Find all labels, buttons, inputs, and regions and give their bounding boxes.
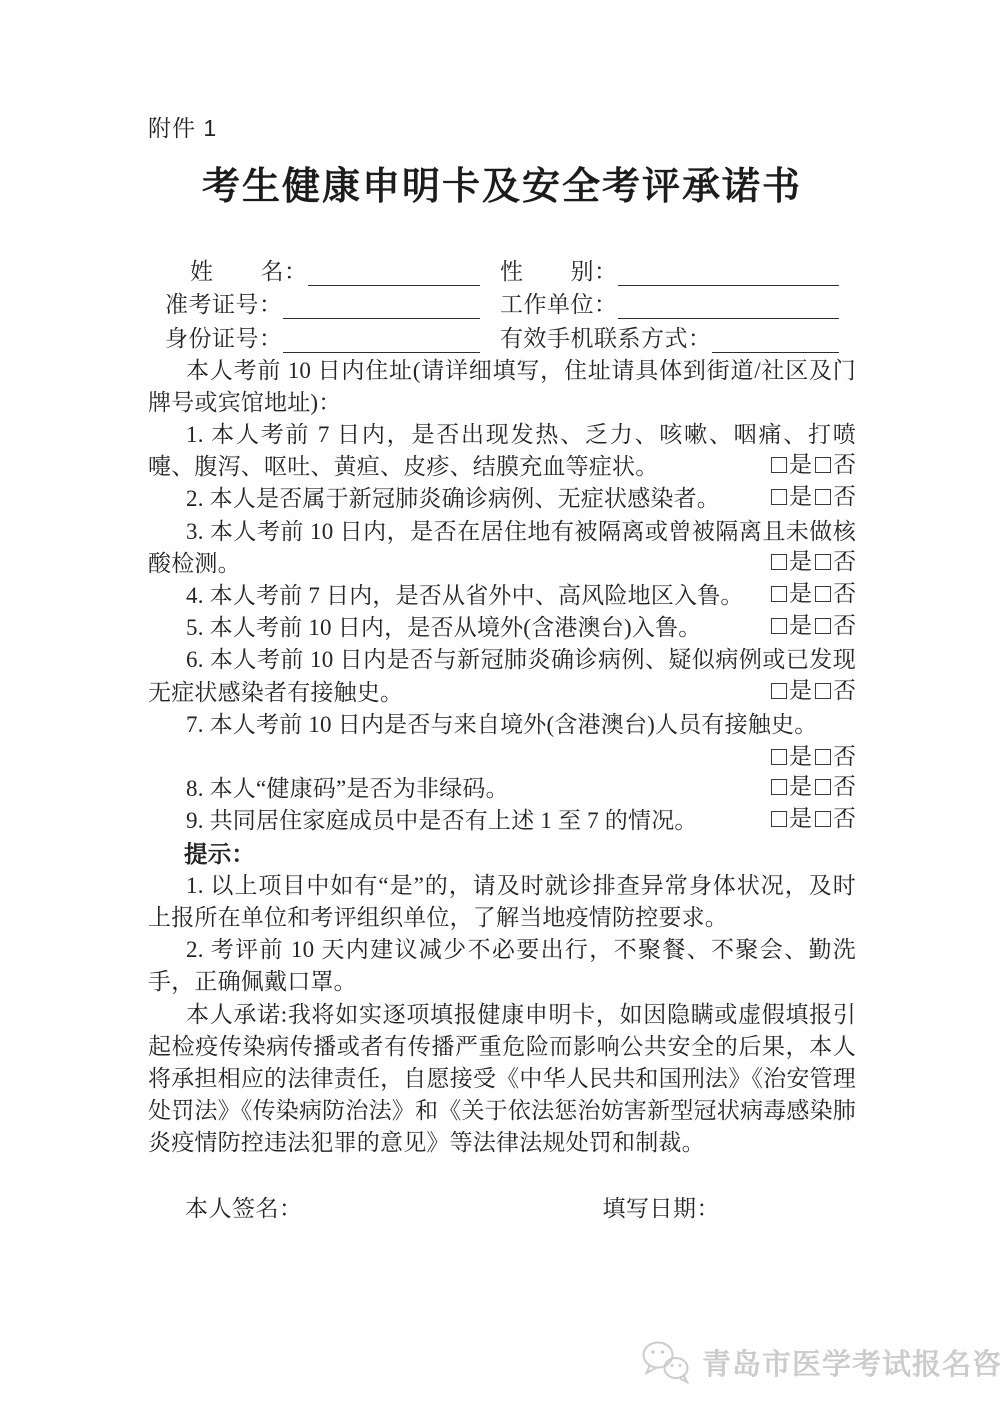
q2-checkbox-no[interactable]	[815, 489, 831, 505]
question-text: 6. 本人考前 10 日内是否与新冠肺炎确诊病例、疑似病例或已发现无症状感染者有…	[148, 647, 856, 704]
question-4-choice: 是否	[771, 578, 856, 610]
id-number-field[interactable]	[283, 327, 481, 353]
question-7: 7. 本人考前 10 日内是否与来自境外(含港澳台)人员有接触史。 是否	[148, 709, 856, 773]
signature-row: 本人签名： 填写日期：	[148, 1190, 856, 1223]
question-8-choice: 是否	[771, 771, 856, 803]
wechat-icon	[638, 1338, 694, 1386]
q2-checkbox-yes[interactable]	[771, 489, 787, 505]
question-text: 1. 本人考前 7 日内，是否出现发热、乏力、咳嗽、咽痛、打喷嚏、腹泻、呕吐、黄…	[148, 422, 856, 479]
address-note: 本人考前 10 日内住址(请详细填写，住址请具体到街道/社区及门牌号或宾馆地址)…	[148, 355, 856, 419]
q9-checkbox-yes[interactable]	[771, 811, 787, 827]
yes-label: 是	[789, 549, 812, 574]
question-2: 2. 本人是否属于新冠肺炎确诊病例、无症状感染者。 是否	[148, 483, 856, 515]
attachment-label: 附件 1	[148, 110, 856, 143]
question-4: 4. 本人考前 7 日内，是否从省外中、高风险地区入鲁。 是否	[148, 580, 856, 612]
question-text: 3. 本人考前 10 日内，是否在居住地有被隔离或曾被隔离且未做核酸检测。	[148, 519, 856, 576]
identity-form: 姓 名： 性 别： 准考证号： 工作单位： 身份证号：	[148, 252, 856, 353]
q6-checkbox-no[interactable]	[815, 683, 831, 699]
q6-checkbox-yes[interactable]	[771, 683, 787, 699]
no-label: 否	[833, 484, 856, 509]
question-text: 8. 本人“健康码”是否为非绿码。	[186, 776, 509, 801]
yes-label: 是	[789, 744, 812, 769]
question-text: 7. 本人考前 10 日内是否与来自境外(含港澳台)人员有接触史。	[186, 712, 817, 737]
q5-checkbox-yes[interactable]	[771, 618, 787, 634]
question-1: 1. 本人考前 7 日内，是否出现发热、乏力、咳嗽、咽痛、打喷嚏、腹泻、呕吐、黄…	[148, 419, 856, 483]
q1-checkbox-no[interactable]	[815, 457, 831, 473]
question-3: 3. 本人考前 10 日内，是否在居住地有被隔离或曾被隔离且未做核酸检测。 是否	[148, 516, 856, 580]
tip-item-2: 2. 考评前 10 天内建议减少不必要出行，不聚餐、不聚会、勤洗手，正确佩戴口罩…	[148, 934, 856, 998]
question-text: 2. 本人是否属于新冠肺炎确诊病例、无症状感染者。	[186, 486, 720, 511]
declaration-body: 本人考前 10 日内住址(请详细填写，住址请具体到街道/社区及门牌号或宾馆地址)…	[148, 355, 856, 1223]
q7-checkbox-yes[interactable]	[771, 749, 787, 765]
question-2-choice: 是否	[771, 481, 856, 513]
question-6-choice: 是否	[771, 675, 856, 707]
q8-checkbox-no[interactable]	[815, 779, 831, 795]
question-9-choice: 是否	[771, 803, 856, 835]
no-label: 否	[833, 613, 856, 638]
q3-checkbox-yes[interactable]	[771, 554, 787, 570]
question-7-choice: 是否	[148, 741, 856, 773]
form-row-name-gender: 姓 名： 性 别：	[148, 252, 856, 286]
phone-field[interactable]	[712, 327, 840, 353]
form-row-ticket-workunit: 准考证号： 工作单位：	[148, 286, 856, 320]
question-9: 9. 共同居住家庭成员中是否有上述 1 至 7 的情况。 是否	[148, 805, 856, 837]
question-text: 9. 共同居住家庭成员中是否有上述 1 至 7 的情况。	[186, 808, 698, 833]
name-field[interactable]	[308, 260, 481, 286]
no-label: 否	[833, 581, 856, 606]
no-label: 否	[833, 774, 856, 799]
work-unit-field[interactable]	[618, 293, 840, 319]
yes-label: 是	[789, 452, 812, 477]
question-5: 5. 本人考前 10 日内，是否从境外(含港澳台)入鲁。 是否	[148, 612, 856, 644]
yes-label: 是	[789, 774, 812, 799]
watermark-text: 青岛市医学考试报名咨询	[702, 1342, 1000, 1383]
no-label: 否	[833, 678, 856, 703]
admission-ticket-field[interactable]	[283, 293, 481, 319]
id-number-label: 身份证号：	[165, 320, 283, 353]
phone-label: 有效手机联系方式：	[500, 320, 712, 353]
no-label: 否	[833, 744, 856, 769]
document-page: 附件 1 考生健康申明卡及安全考评承诺书 姓 名： 性 别： 准考证号： 工作单…	[148, 110, 856, 1223]
q8-checkbox-yes[interactable]	[771, 779, 787, 795]
gender-field[interactable]	[618, 260, 840, 286]
question-text: 4. 本人考前 7 日内，是否从省外中、高风险地区入鲁。	[186, 583, 744, 608]
no-label: 否	[833, 549, 856, 574]
page-title: 考生健康申明卡及安全考评承诺书	[148, 155, 856, 210]
signature-label: 本人签名：	[185, 1190, 303, 1223]
question-8: 8. 本人“健康码”是否为非绿码。 是否	[148, 773, 856, 805]
question-6: 6. 本人考前 10 日内是否与新冠肺炎确诊病例、疑似病例或已发现无症状感染者有…	[148, 644, 856, 708]
tip-item-1: 1. 以上项目中如有“是”的，请及时就诊排查异常身体状况，及时上报所在单位和考评…	[148, 870, 856, 934]
commitment-paragraph: 本人承诺:我将如实逐项填报健康申明卡，如因隐瞒或虚假填报引起检疫传染病传播或者有…	[148, 999, 856, 1160]
q3-checkbox-no[interactable]	[815, 554, 831, 570]
q7-checkbox-no[interactable]	[815, 749, 831, 765]
q1-checkbox-yes[interactable]	[771, 457, 787, 473]
q9-checkbox-no[interactable]	[815, 811, 831, 827]
yes-label: 是	[789, 484, 812, 509]
q4-checkbox-yes[interactable]	[771, 586, 787, 602]
fill-date-label: 填写日期：	[603, 1190, 721, 1223]
question-text: 5. 本人考前 10 日内，是否从境外(含港澳台)入鲁。	[186, 615, 701, 640]
yes-label: 是	[789, 581, 812, 606]
yes-label: 是	[789, 806, 812, 831]
form-row-id-phone: 身份证号： 有效手机联系方式：	[148, 319, 856, 353]
tips-heading: 提示：	[148, 838, 856, 870]
watermark: 青岛市医学考试报名咨询	[638, 1338, 1000, 1386]
question-1-choice: 是否	[771, 449, 856, 481]
admission-ticket-label: 准考证号：	[165, 286, 283, 319]
gender-label: 性 别：	[500, 253, 618, 286]
yes-label: 是	[789, 613, 812, 638]
no-label: 否	[833, 806, 856, 831]
question-5-choice: 是否	[771, 610, 856, 642]
yes-label: 是	[789, 678, 812, 703]
no-label: 否	[833, 452, 856, 477]
q5-checkbox-no[interactable]	[815, 618, 831, 634]
work-unit-label: 工作单位：	[500, 286, 618, 319]
question-3-choice: 是否	[771, 546, 856, 578]
q4-checkbox-no[interactable]	[815, 586, 831, 602]
name-label: 姓 名：	[190, 253, 308, 286]
